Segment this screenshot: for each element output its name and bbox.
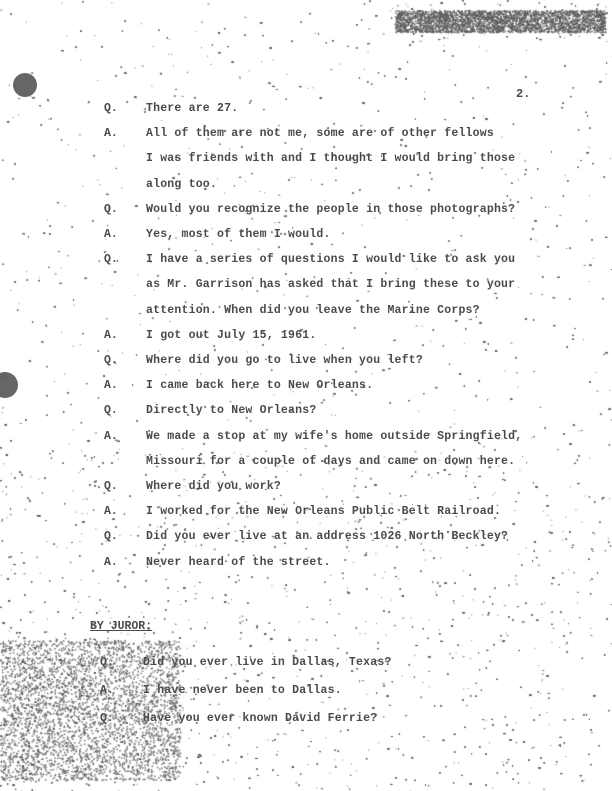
speaker-label: A.	[104, 127, 118, 140]
transcript-line: I got out July 15, 1961.	[146, 329, 316, 342]
transcript-line: Missouri for a couple of days and came o…	[146, 455, 515, 468]
transcript-line: I have a series of questions I would lik…	[146, 253, 515, 266]
transcript-line: I have never been to Dallas.	[143, 684, 342, 697]
speaker-label: Q.	[100, 656, 114, 669]
punch-hole	[0, 372, 18, 398]
transcript-line: Did you ever live at an address 1026 Nor…	[146, 530, 508, 543]
transcript-line: Did you ever live in Dallas, Texas?	[143, 656, 392, 669]
speaker-label: Q.	[104, 354, 118, 367]
transcript-line: attention. When did you leave the Marine…	[146, 304, 480, 317]
speaker-label: Q.	[104, 253, 118, 266]
speaker-label: A.	[104, 430, 118, 443]
speaker-label: Q.	[104, 404, 118, 417]
transcript-line: Where did you work?	[146, 480, 281, 493]
scan-noise	[0, 0, 612, 791]
transcript-line: Directly to New Orleans?	[146, 404, 316, 417]
transcript-line: I came back here to New Orleans.	[146, 379, 373, 392]
transcript-line: Would you recognize the people in those …	[146, 203, 515, 216]
transcript-line: I worked for the New Orleans Public Belt…	[146, 505, 501, 518]
speaker-label: A.	[104, 505, 118, 518]
speaker-label: Q.	[104, 203, 118, 216]
speaker-label: A.	[104, 379, 118, 392]
document-page: 2. Q.There are 27.A.All of them are not …	[0, 0, 612, 791]
speaker-label: A.	[104, 228, 118, 241]
speaker-label: A.	[104, 329, 118, 342]
header-smudge	[395, 10, 605, 32]
transcript-line: Have you ever known David Ferrie?	[143, 712, 377, 725]
transcript-line: There are 27.	[146, 102, 238, 115]
punch-hole	[13, 73, 37, 97]
speaker-label: A.	[100, 684, 114, 697]
page-number: 2.	[516, 87, 530, 101]
transcript-line: Where did you go to live when you left?	[146, 354, 423, 367]
transcript-line: Yes, most of them I would.	[146, 228, 331, 241]
speaker-label: Q.	[104, 530, 118, 543]
transcript-line: along too.	[146, 178, 217, 191]
section-heading: BY JUROR:	[90, 620, 152, 633]
transcript-line: as Mr. Garrison has asked that I bring t…	[146, 278, 515, 291]
speaker-label: Q.	[100, 712, 114, 725]
speaker-label: Q.	[104, 480, 118, 493]
speaker-label: Q.	[104, 102, 118, 115]
transcript-line: All of them are not me, some are of othe…	[146, 127, 494, 140]
transcript-line: Never heard of the street.	[146, 556, 331, 569]
transcript-line: I was friends with and I thought I would…	[146, 152, 515, 165]
speaker-label: A.	[104, 556, 118, 569]
transcript-line: We made a stop at my wife's home outside…	[146, 430, 522, 443]
